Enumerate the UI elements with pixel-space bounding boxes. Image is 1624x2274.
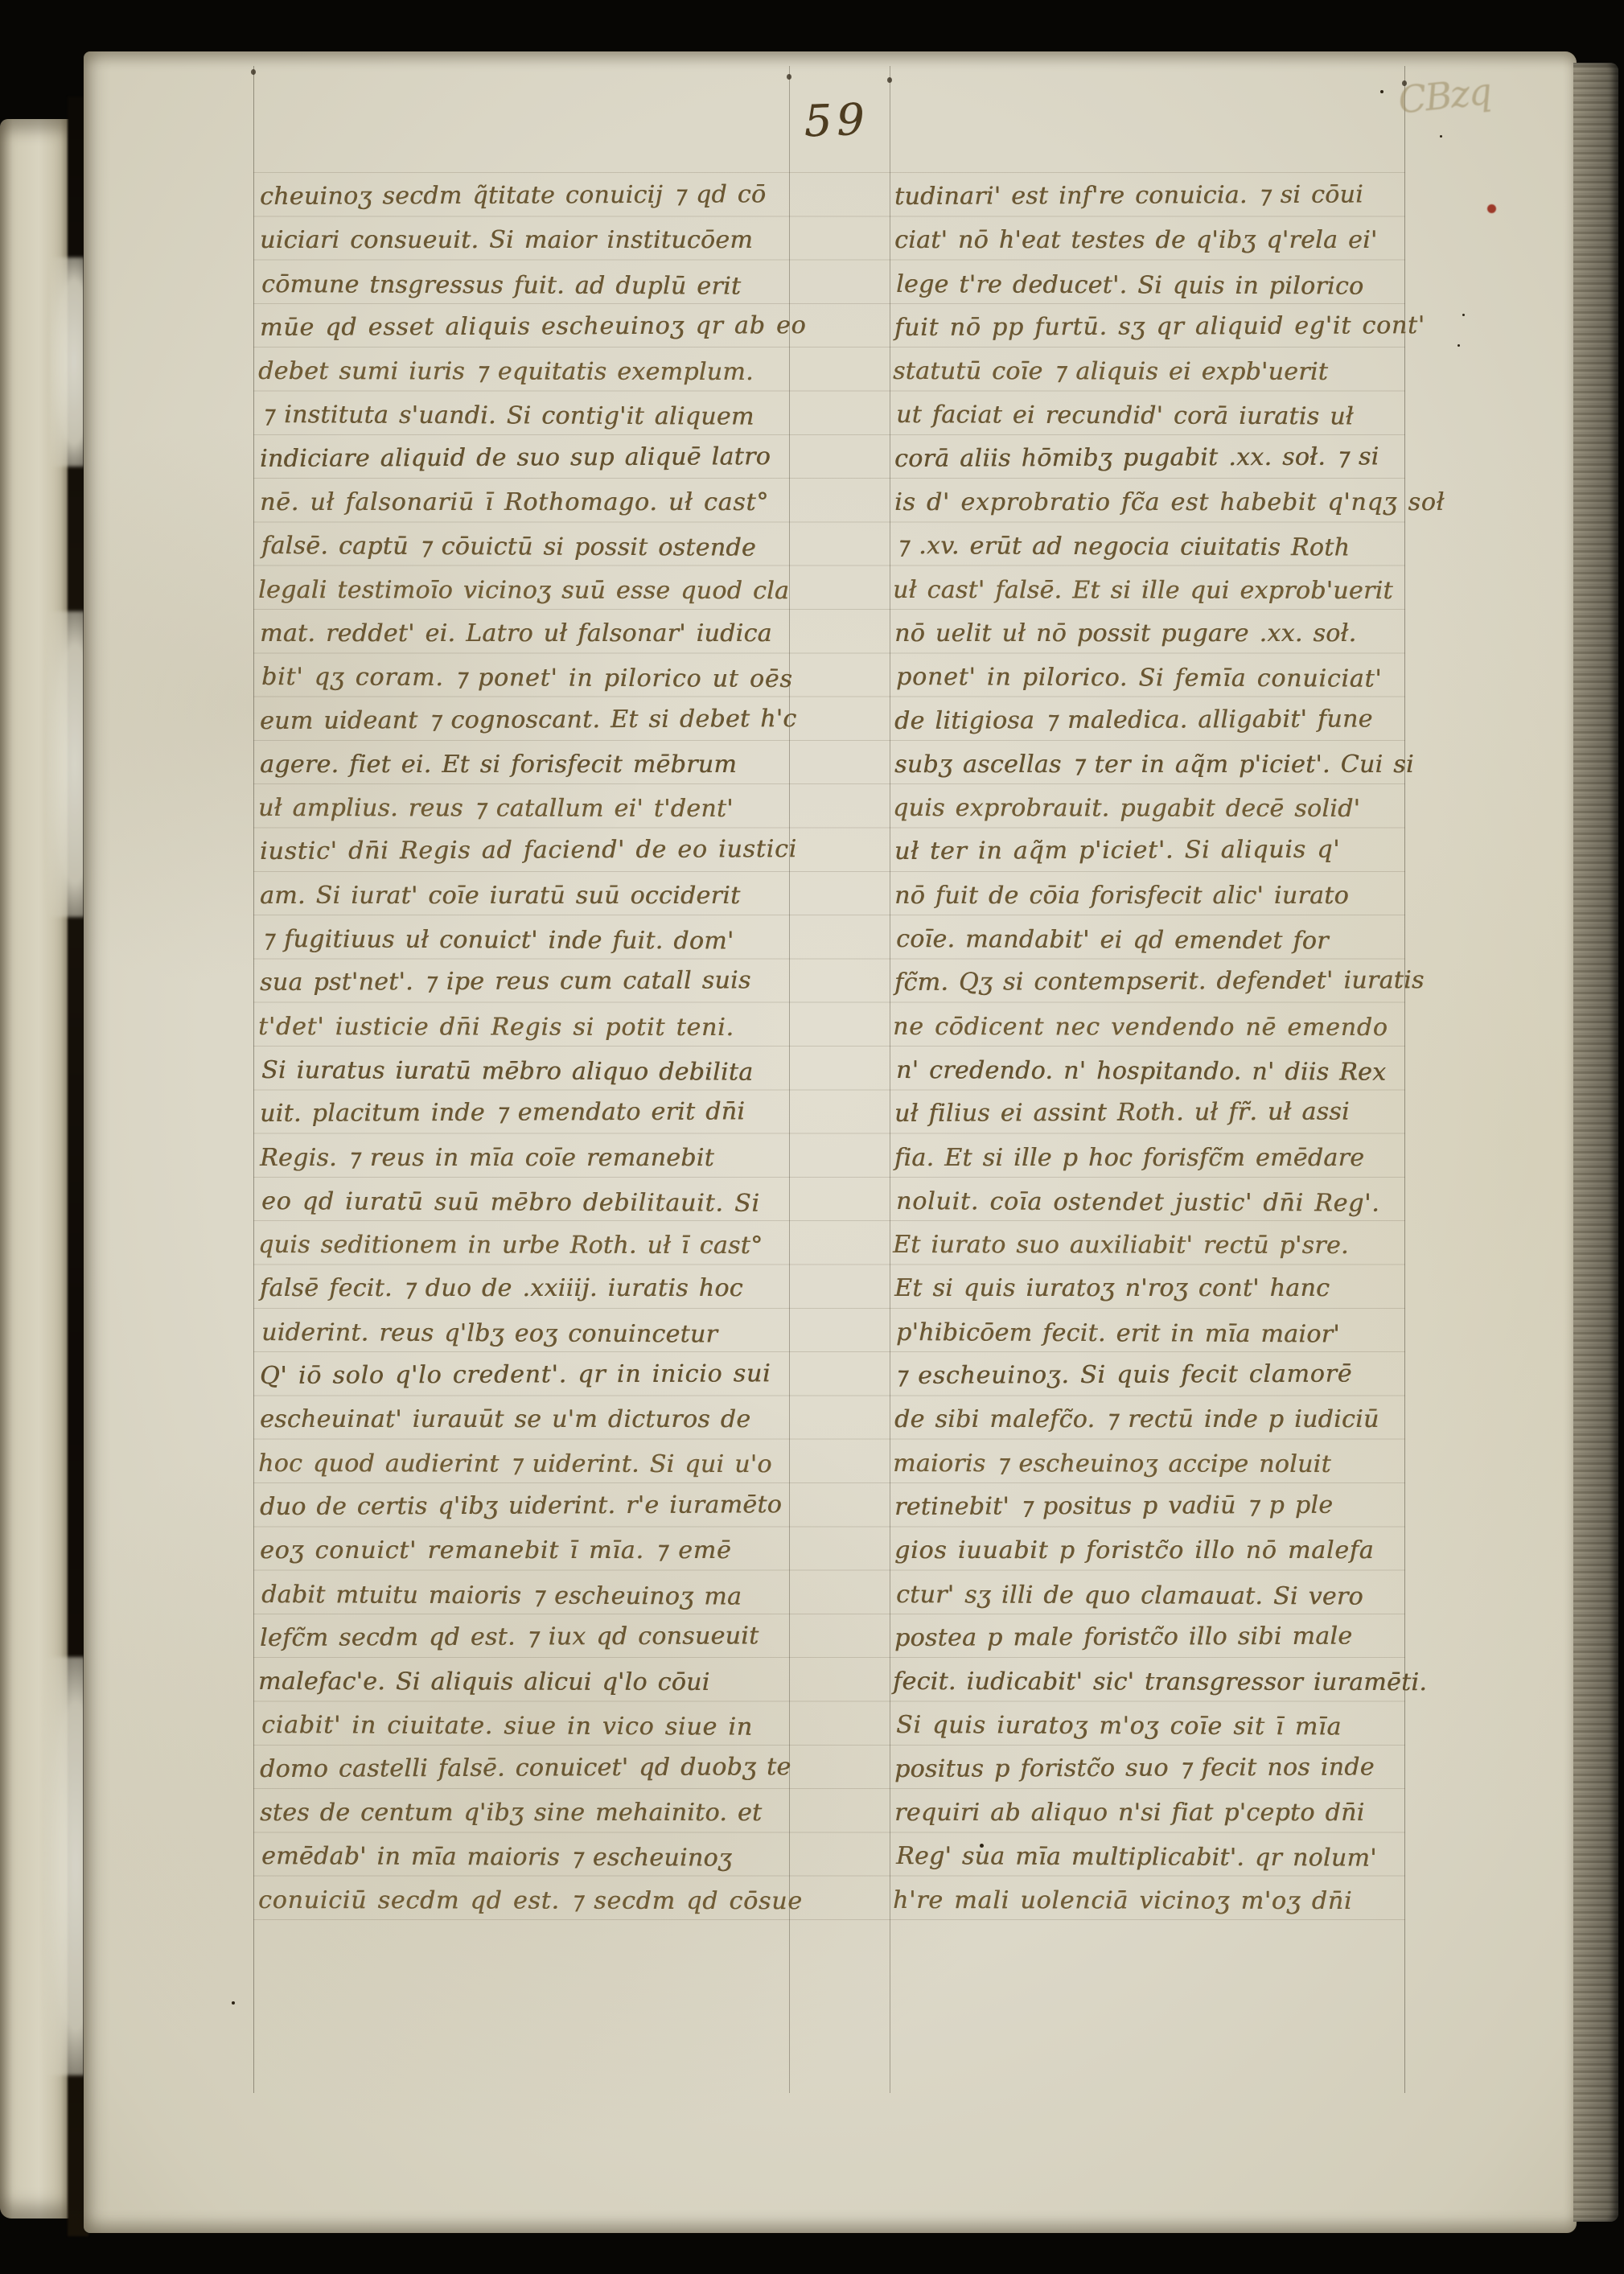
text-line: postea p male foristc̃o illo sibi male xyxy=(894,1614,1417,1660)
text-line: tudinari' est inf're conuicia. ⁊ si cōui xyxy=(894,173,1417,219)
text-line: maioris ⁊ escheuinoʒ accipe noluit xyxy=(893,1442,1416,1487)
text-line: ne cōdicent nec vendendo nē emendo xyxy=(893,1005,1416,1050)
text-line: eum uideant ⁊ cognoscant. Et si debet h'… xyxy=(260,697,799,743)
text-line: coīe. mandabit' ei qd emendet for xyxy=(896,918,1419,964)
text-line: ⁊ .xv. erūt ad negocia ciuitatis Roth xyxy=(896,524,1419,570)
text-line: ut faciat ei recundid' corā iuratis uł xyxy=(896,393,1419,439)
text-line: quis exprobrauit. pugabit decē solid' xyxy=(893,787,1416,831)
ink-speck xyxy=(1457,344,1460,347)
text-line: stes de centum q'ibʒ sine mehainito. et xyxy=(260,1791,799,1835)
text-line: uł cast' falsē. Et si ille qui exprob'ue… xyxy=(893,569,1416,613)
text-line: nō fuit de cōia forisfecit alic' iurato xyxy=(894,874,1417,918)
vertical-ruling xyxy=(890,66,890,2093)
text-line: lefc̃m secdm qd est. ⁊ iux qd consueuit xyxy=(260,1614,799,1660)
text-line: indiciare aliquid de suo sup aliquē latr… xyxy=(260,435,799,481)
text-line: ciabit' in ciuitate. siue in vico siue i… xyxy=(261,1704,800,1750)
text-line: Q' iō solo q'lo credent'. qr in inicio s… xyxy=(260,1352,799,1398)
text-line: malefac'e. Si aliquis alicui q'lo cōui xyxy=(258,1660,797,1704)
text-line: lege t're deducet'. Si quis in pilorico xyxy=(896,263,1419,309)
text-line: cōmune tnsgressus fuit. ad duplū erit xyxy=(261,263,800,309)
text-line: fuit nō pp furtū. sʒ qr aliquid eg'it co… xyxy=(894,304,1417,350)
text-line: t'det' iusticie dn̄i Regis si potit teni… xyxy=(258,1005,797,1050)
text-line: iustic' dn̄i Regis ad faciend' de eo ius… xyxy=(260,829,799,874)
text-line: uł ter in aq̃m p'iciet'. Si aliquis q' xyxy=(894,829,1417,874)
text-line: fia. Et si ille p hoc forisfc̃m emēdare xyxy=(894,1137,1417,1180)
text-line: dabit mtuitu maioris ⁊ escheuinoʒ ma xyxy=(261,1573,800,1619)
text-line: Regis. ⁊ reus in mīa coīe remanebit xyxy=(260,1137,799,1180)
text-line: nō uelit uł nō possit pugare .xx. soł. xyxy=(894,612,1417,656)
pricking-hole xyxy=(787,74,791,80)
text-line: de litigiosa ⁊ maledica. alligabit' fune xyxy=(894,697,1417,743)
text-line: ctur' sʒ illi de quo clamauat. Si vero xyxy=(896,1573,1419,1619)
text-line: uiciari consueuit. Si maior institucōem xyxy=(260,219,799,262)
text-line: requiri ab aliquo n'si fiat p'cepto dn̄i xyxy=(894,1791,1417,1835)
text-line: Si iuratus iuratū mēbro aliquo debilita xyxy=(261,1049,800,1095)
manuscript-photo: 59 CBzq cheuinoʒ secdm q̃titate conuicij… xyxy=(0,0,1624,2274)
text-line: ponet' in pilorico. Si femīa conuiciat' xyxy=(896,656,1419,701)
text-line: nē. uł falsonariū ī Rothomago. uł cast° xyxy=(260,481,799,524)
ink-speck xyxy=(1440,135,1442,138)
text-line: debet sumi iuris ⁊ equitatis exemplum. xyxy=(258,350,797,394)
ink-speck xyxy=(1462,314,1465,316)
text-line: mūe qd esset aliquis escheuinoʒ qr ab eo xyxy=(260,304,799,350)
text-line: duo de certis q'ibʒ uiderint. r'e iuramē… xyxy=(260,1483,799,1529)
text-line: legali testimoīo vicinoʒ suū esse quod c… xyxy=(258,569,797,613)
text-line: conuiciū secdm qd est. ⁊ secdm qd cōsue xyxy=(258,1879,797,1923)
text-line: p'hibicōem fecit. erit in mīa maior' xyxy=(896,1311,1419,1357)
text-column-left: cheuinoʒ secdm q̃titate conuicij ⁊ qd cō… xyxy=(260,175,799,1922)
text-line: positus p foristc̃o suo ⁊ fecit nos inde xyxy=(894,1746,1417,1791)
text-line: de sibi malefc̃o. ⁊ rectū inde p iudiciū xyxy=(894,1398,1417,1441)
text-line: ciat' nō h'eat testes de q'ibʒ q'rela ei… xyxy=(894,219,1417,262)
page-stack-fore-edge xyxy=(1573,63,1618,2222)
text-line: ⁊ escheuinoʒ. Si quis fecit clamorē xyxy=(894,1352,1417,1398)
text-line: noluit. coīa ostendet justic' dn̄i Reg'. xyxy=(896,1180,1419,1226)
text-line: falsē fecit. ⁊ duo de .xxiiij. iuratis h… xyxy=(260,1267,799,1310)
text-line: Si quis iuratoʒ m'oʒ coīe sit ī mīa xyxy=(896,1704,1419,1750)
text-line: uit. placitum inde ⁊ emendato erit dn̄i xyxy=(260,1090,799,1136)
text-line: escheuinat' iurauūt se u'm dicturos de xyxy=(260,1398,799,1441)
text-line: Reg' sua mīa multiplicabit'. qr nolum' xyxy=(896,1835,1419,1881)
text-line: ⁊ fugitiuus uł conuict' inde fuit. dom' xyxy=(261,918,800,964)
pricking-hole xyxy=(251,69,256,75)
text-line: cheuinoʒ secdm q̃titate conuicij ⁊ qd cō xyxy=(260,173,799,219)
text-line: Et iurato suo auxiliabit' rectū p'sre. xyxy=(893,1223,1416,1268)
text-line: emēdab' in mīa maioris ⁊ escheuinoʒ xyxy=(261,1835,800,1881)
text-line: domo castelli falsē. conuicet' qd duobʒ … xyxy=(260,1746,799,1791)
text-line: ⁊ instituta s'uandi. Si contig'it alique… xyxy=(261,393,800,439)
text-line: h're mali uolenciā vicinoʒ m'oʒ dn̄i xyxy=(893,1879,1416,1923)
folio-number: 59 xyxy=(791,93,882,147)
text-line: uł filius ei assint Roth. uł fr̃. uł ass… xyxy=(894,1090,1417,1136)
vertical-ruling xyxy=(253,66,254,2093)
text-line: retinebit' ⁊ positus p vadiū ⁊ p ple xyxy=(894,1483,1417,1529)
red-ink-dot xyxy=(1487,204,1496,213)
text-line: gios iuuabit p foristc̃o illo nō malefa xyxy=(894,1529,1417,1573)
ink-speck xyxy=(1380,90,1383,93)
text-line: eo qd iuratū suū mēbro debilitauit. Si xyxy=(261,1180,800,1226)
text-line: n' credendo. n' hospitando. n' diis Rex xyxy=(896,1049,1419,1095)
text-line: hoc quod audierint ⁊ uiderint. Si qui u'… xyxy=(258,1442,797,1487)
pricking-hole xyxy=(887,77,892,83)
text-line: bit' qʒ coram. ⁊ ponet' in pilorico ut o… xyxy=(261,656,800,701)
text-line: statutū coīe ⁊ aliquis ei expb'uerit xyxy=(893,350,1416,394)
text-line: sua pst'net'. ⁊ ipe reus cum catall suis xyxy=(260,959,799,1005)
text-line: uiderint. reus q'lbʒ eoʒ conuincetur xyxy=(261,1311,800,1357)
text-line: mat. reddet' ei. Latro uł falsonar' iudi… xyxy=(260,612,799,656)
text-line: fecit. iudicabit' sic' transgressor iura… xyxy=(893,1660,1416,1704)
text-line: corā aliis hōmibʒ pugabit .xx. soł. ⁊ si xyxy=(894,435,1417,481)
text-line: eoʒ conuict' remanebit ī mīa. ⁊ emē xyxy=(260,1529,799,1573)
text-line: fc̃m. Qʒ si contempserit. defendet' iura… xyxy=(894,960,1417,1005)
ink-speck xyxy=(232,2001,235,2005)
text-line: falsē. captū ⁊ cōuictū si possit ostende xyxy=(261,524,800,570)
text-column-right: tudinari' est inf're conuicia. ⁊ si cōui… xyxy=(894,175,1417,1922)
text-line: quis seditionem in urbe Roth. uł ī cast° xyxy=(258,1223,797,1268)
text-line: Et si quis iuratoʒ n'roʒ cont' hanc xyxy=(894,1267,1417,1310)
text-line: agere. fiet ei. Et si forisfecit mēbrum xyxy=(260,743,799,787)
text-line: uł amplius. reus ⁊ catallum ei' t'dent' xyxy=(258,787,797,831)
text-line: am. Si iurat' coīe iuratū suū occiderit xyxy=(260,874,799,918)
text-line: subʒ ascellas ⁊ ter in aq̃m p'iciet'. Cu… xyxy=(894,743,1417,787)
text-line: is d' exprobratio fc̃a est habebit q'nqʒ… xyxy=(894,481,1417,524)
